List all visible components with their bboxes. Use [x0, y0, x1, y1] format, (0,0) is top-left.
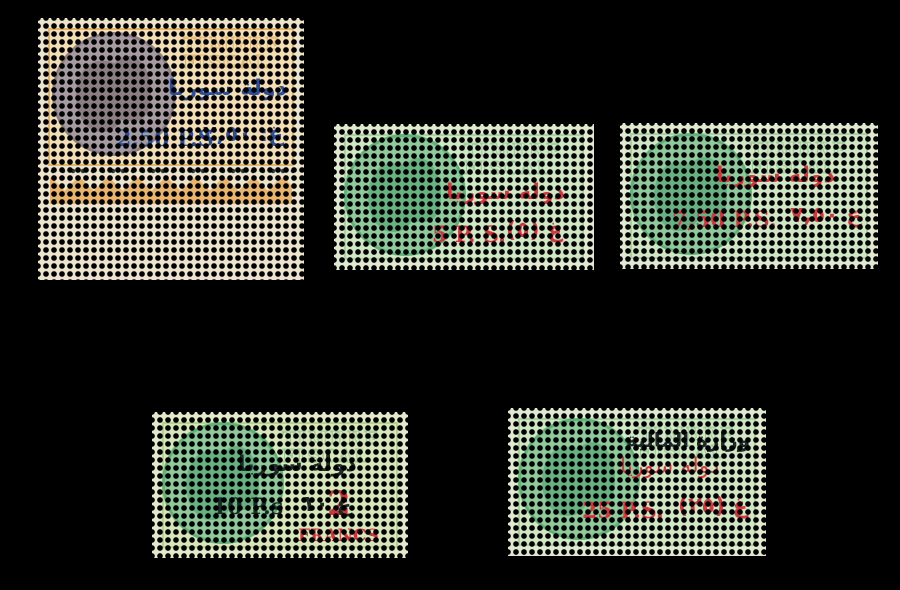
overprint-country: دولة سوريا	[446, 180, 565, 205]
overprint-value-arabic: غ ٧,٥٠	[790, 203, 861, 228]
margin-triangle-pattern	[50, 178, 292, 204]
overprint-country: دوله سوريا	[620, 454, 719, 479]
overprint-country: دولة سوريا	[238, 452, 357, 477]
stamp-title: TIMBREFISCAL	[183, 36, 281, 72]
overprint-value-latin: 7,50 P.S.	[672, 207, 777, 233]
overprint-value-latin: 5 P. S.	[432, 222, 506, 248]
overprint-value-arabic: غ ١٠	[302, 492, 352, 517]
overprint-value-arabic: غ: ٢,٥٠	[203, 122, 283, 147]
ceres-coin-portrait	[630, 133, 752, 255]
stamp-7-50-ps: TIMBREFISCAL دولة سوريا 7,50 P.S. غ ٧,٥٠	[620, 123, 878, 269]
stamp-title: TIMBREFISCAL	[464, 142, 562, 178]
overprint-value-arabic: غ (٢٥)	[678, 494, 748, 519]
overprint-ministry: وزارة المالية	[626, 428, 750, 452]
underlying-unit: FRANCS	[298, 526, 379, 546]
overprint-value-latin: 25 P.S.	[582, 498, 664, 524]
stamp-2-50-ps: TIMBREFISCAL دولة سوريا 2,50 P.S غ: ٢,٥٠	[38, 18, 304, 280]
overprint-value-latin: 10 P.s	[212, 494, 283, 520]
overprint-value-latin: 2,50 P.S	[116, 126, 214, 152]
overprint-country: دولة سوريا	[716, 163, 835, 188]
ceres-coin-portrait	[162, 422, 284, 544]
perforation-dots	[48, 168, 294, 174]
stamp-5-ps: TIMBREFISCAL دولة سوريا 5 P. S. غ (٥)	[334, 124, 594, 270]
overprint-value-arabic: غ (٥)	[506, 218, 562, 243]
stamp-25-ps: TIMBREFISCAL وزارة المالية دوله سوريا 25…	[508, 408, 766, 556]
overprint-country: دولة سوريا	[168, 76, 287, 101]
stamp-10-ps-on-2-francs: TIMBREFISCAL دولة سوريا 10 P.s 2 غ ١٠ FR…	[152, 412, 408, 558]
